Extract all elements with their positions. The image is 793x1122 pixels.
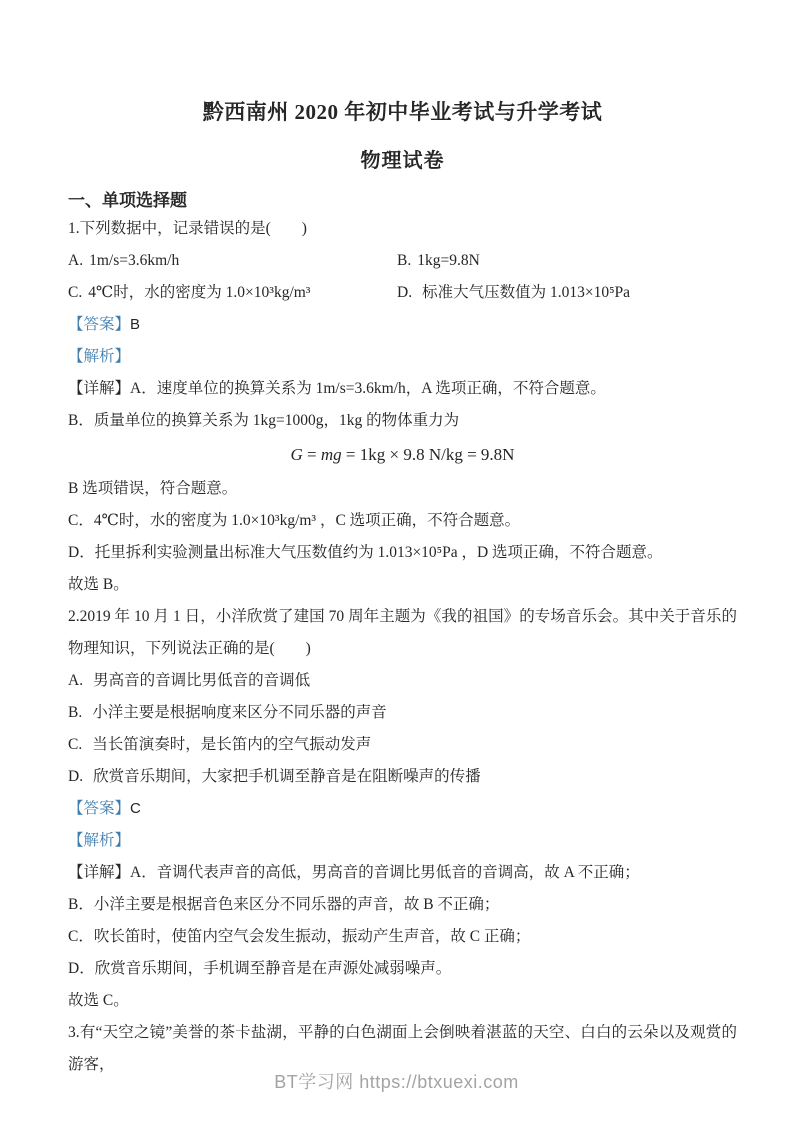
q1-options-row-1: A.1m/s=3.6km/h B.1kg=9.8N [68,245,737,277]
q1-option-d-label: D. [397,284,412,301]
q2-detail-label: 【详解】 [68,864,130,881]
formula-symbol-G: G [291,445,303,464]
q1-option-a-label: A. [68,252,83,269]
q2-option-c-label: C. [68,736,82,753]
document-page: 黔西南州 2020 年初中毕业考试与升学考试 物理试卷 一、单项选择题 1.下列… [0,0,793,1122]
gravity-formula: G = mg = 1kg × 9.8 N/kg = 9.8N [68,437,737,473]
q1-analysis-label: 【解析】 [68,348,130,365]
document-title-line2: 物理试卷 [68,144,737,173]
q2-option-c-text: 当长笛演奏时，是长笛内的空气振动发声 [92,736,371,753]
q2-stem: 2.2019 年 10 月 1 日，小洋欣赏了建国 70 周年主题为《我的祖国》… [68,601,737,665]
q2-final-answer: 故选 C。 [68,985,737,1017]
q2-detail-a-text: A．音调代表声音的高低，男高音的音调比男低音的音调高，故 A 不正确； [130,864,640,881]
section-heading: 一、单项选择题 [68,189,737,213]
q1-detail-label: 【详解】 [68,380,130,397]
q1-detail-a-text: A．速度单位的换算关系为 1m/s=3.6km/h，A 选项正确，不符合题意。 [130,380,606,397]
q1-options-row-2: C.4℃时，水的密度为 1.0×10³kg/m³ D.标准大气压数值为 1.01… [68,277,737,309]
q2-detail-line-d: D．欣赏音乐期间，手机调至静音是在声源处减弱噪声。 [68,953,737,985]
q2-option-b-label: B. [68,704,82,721]
q1-answer-value: B [130,316,140,333]
q2-analysis-label: 【解析】 [68,832,130,849]
q2-option-b: B.小洋主要是根据响度来区分不同乐器的声音 [68,697,737,729]
q1-option-c: C.4℃时，水的密度为 1.0×10³kg/m³ [68,277,397,309]
q1-stem: 1.下列数据中，记录错误的是( ) [68,213,737,245]
q1-detail-line-c: C．4℃时，水的密度为 1.0×10³kg/m³ ，C 选项正确，不符合题意。 [68,505,737,537]
q2-option-a: A.男高音的音调比男低音的音调低 [68,665,737,697]
q1-option-a-text: 1m/s=3.6km/h [89,252,179,269]
q2-answer-value: C [130,800,141,817]
q2-option-c: C.当长笛演奏时，是长笛内的空气振动发声 [68,729,737,761]
q2-detail-line-a: 【详解】A．音调代表声音的高低，男高音的音调比男低音的音调高，故 A 不正确； [68,857,737,889]
q1-detail-line-a: 【详解】A．速度单位的换算关系为 1m/s=3.6km/h，A 选项正确，不符合… [68,373,737,405]
q1-options: A.1m/s=3.6km/h B.1kg=9.8N C.4℃时，水的密度为 1.… [68,245,737,309]
formula-symbol-mg: mg [321,445,342,464]
q1-detail-line-d: D．托里拆利实验测量出标准大气压数值约为 1.013×10⁵Pa ，D 选项正确… [68,537,737,569]
q1-option-b-label: B. [397,252,411,269]
q1-answer-label: 【答案】 [68,316,130,333]
q1-analysis-line: 【解析】 [68,341,737,373]
formula-calculation: = 1kg × 9.8 N/kg = 9.8N [342,445,515,464]
watermark-footer: BT学习网 https://btxuexi.com [0,1068,793,1094]
document-title-line1: 黔西南州 2020 年初中毕业考试与升学考试 [68,96,737,126]
q1-option-c-text: 4℃时，水的密度为 1.0×10³kg/m³ [88,284,310,301]
q1-option-b-text: 1kg=9.8N [417,252,480,269]
q1-option-c-label: C. [68,284,82,301]
q2-answer-line: 【答案】C [68,793,737,825]
q1-answer-line: 【答案】B [68,309,737,341]
q2-option-a-label: A. [68,672,83,689]
q2-option-a-text: 男高音的音调比男低音的音调低 [93,672,310,689]
q1-option-b: B.1kg=9.8N [397,245,737,277]
q2-analysis-line: 【解析】 [68,825,737,857]
q1-option-a: A.1m/s=3.6km/h [68,245,397,277]
q1-option-d-text: 标准大气压数值为 1.013×10⁵Pa [422,284,630,301]
formula-equals-1: = [303,445,321,464]
q1-detail-conclusion-b: B 选项错误，符合题意。 [68,473,737,505]
q1-detail-line-b: B．质量单位的换算关系为 1kg=1000g，1kg 的物体重力为 [68,405,737,437]
q2-answer-label: 【答案】 [68,800,130,817]
q2-option-d: D.欣赏音乐期间，大家把手机调至静音是在阻断噪声的传播 [68,761,737,793]
q2-detail-line-c: C．吹长笛时，使笛内空气会发生振动，振动产生声音，故 C 正确； [68,921,737,953]
q2-detail-line-b: B．小洋主要是根据音色来区分不同乐器的声音，故 B 不正确； [68,889,737,921]
q2-option-b-text: 小洋主要是根据响度来区分不同乐器的声音 [92,704,387,721]
q1-final-answer: 故选 B。 [68,569,737,601]
q2-option-d-text: 欣赏音乐期间，大家把手机调至静音是在阻断噪声的传播 [93,768,481,785]
q2-option-d-label: D. [68,768,83,785]
q1-option-d: D.标准大气压数值为 1.013×10⁵Pa [397,277,737,309]
